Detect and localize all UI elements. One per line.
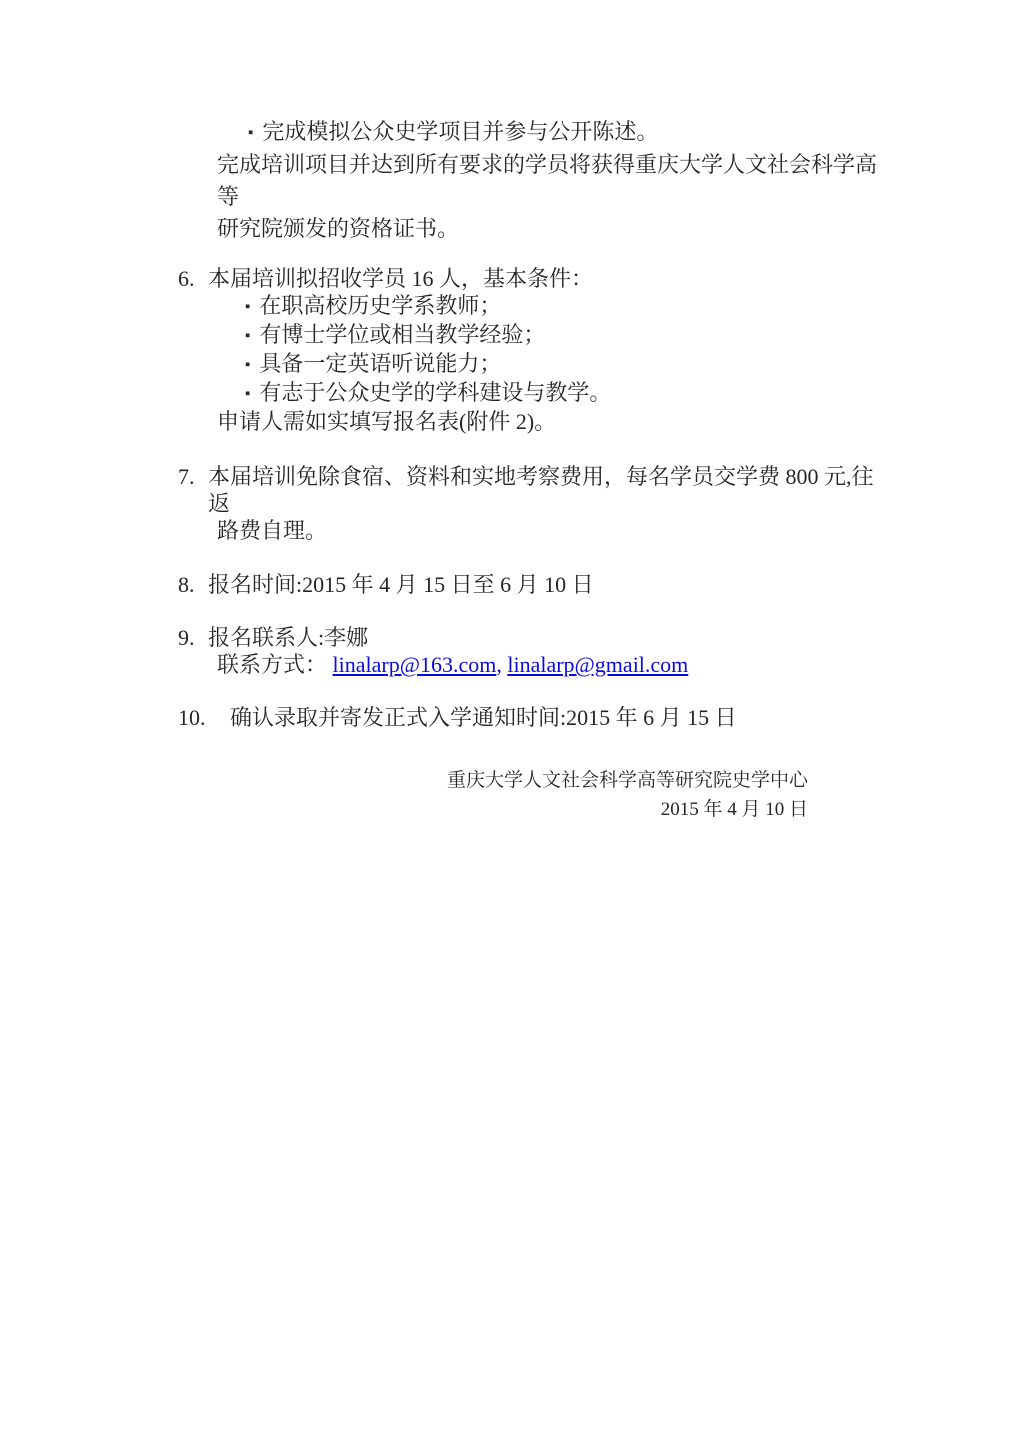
signature-date: 2015 年 4 月 10 日	[447, 795, 808, 824]
item-9-text: 报名联系人:李娜	[208, 624, 878, 651]
email-link-gmail[interactable]: linalarp@gmail.com	[507, 652, 688, 677]
item-7-body: 本届培训免除食宿、资料和实地考察费用，每名学员交学费 800 元,往返 路费自理…	[208, 463, 878, 544]
square-bullet-icon: ▪	[245, 381, 250, 408]
document-body: ▪完成模拟公众史学项目并参与公开陈述。 完成培训项目并达到所有要求的学员将获得重…	[178, 116, 878, 731]
list-item-7: 7. 本届培训免除食宿、资料和实地考察费用，每名学员交学费 800 元,往返 路…	[178, 463, 878, 544]
certificate-line-1: 完成培训项目并达到所有要求的学员将获得重庆大学人文社会科学高等	[178, 149, 878, 213]
item-8-number: 8.	[178, 571, 208, 598]
list-item-6: 6. 本届培训拟招收学员 16 人，基本条件： ▪在职高校历史学系教师； ▪有博…	[178, 265, 878, 435]
square-bullet-icon: ▪	[245, 352, 250, 379]
item-6-bullet-1: ▪在职高校历史学系教师；	[208, 292, 878, 321]
certificate-paragraph: ▪完成模拟公众史学项目并参与公开陈述。 完成培训项目并达到所有要求的学员将获得重…	[178, 116, 878, 245]
item-6-bullet-2: ▪有博士学位或相当教学经验；	[208, 321, 878, 350]
document-page: ▪完成模拟公众史学项目并参与公开陈述。 完成培训项目并达到所有要求的学员将获得重…	[0, 0, 1024, 1448]
item-6-body: 本届培训拟招收学员 16 人，基本条件： ▪在职高校历史学系教师； ▪有博士学位…	[208, 265, 878, 435]
signature-organization: 重庆大学人文社会科学高等研究院史学中心	[447, 766, 808, 795]
item-7-line-2: 路费自理。	[208, 517, 878, 544]
item-7-number: 7.	[178, 463, 208, 544]
item-6-bullet-4-text: 有志于公众史学的学科建设与教学。	[259, 380, 611, 405]
item-10-number: 10.	[178, 704, 230, 731]
email-separator: ,	[496, 652, 507, 677]
list-item-9: 9. 报名联系人:李娜 联系方式： linalarp@163.com, lina…	[178, 624, 878, 678]
item-6-number: 6.	[178, 265, 208, 435]
item-6-bullet-3: ▪具备一定英语听说能力；	[208, 350, 878, 379]
item-9-body: 报名联系人:李娜 联系方式： linalarp@163.com, linalar…	[208, 624, 878, 678]
item-6-note: 申请人需如实填写报名表(附件 2)。	[208, 408, 878, 435]
square-bullet-icon: ▪	[248, 117, 253, 149]
contact-label: 联系方式：	[217, 652, 327, 677]
item-6-bullet-4: ▪有志于公众史学的学科建设与教学。	[208, 379, 878, 408]
certificate-line-2: 研究院颁发的资格证书。	[178, 213, 878, 245]
intro-bullet-line: ▪完成模拟公众史学项目并参与公开陈述。	[178, 116, 878, 149]
item-9-number: 9.	[178, 624, 208, 678]
square-bullet-icon: ▪	[245, 294, 250, 321]
square-bullet-icon: ▪	[245, 323, 250, 350]
signature-block: 重庆大学人文社会科学高等研究院史学中心 2015 年 4 月 10 日	[447, 766, 808, 824]
item-8-text: 报名时间:2015 年 4 月 15 日至 6 月 10 日	[208, 571, 878, 598]
list-item-8: 8. 报名时间:2015 年 4 月 15 日至 6 月 10 日	[178, 571, 878, 598]
item-10-text: 确认录取并寄发正式入学通知时间:2015 年 6 月 15 日	[230, 704, 878, 731]
item-6-bullet-2-text: 有博士学位或相当教学经验；	[259, 322, 545, 347]
item-9-contact-line: 联系方式： linalarp@163.com, linalarp@gmail.c…	[208, 651, 878, 678]
list-item-10: 10. 确认录取并寄发正式入学通知时间:2015 年 6 月 15 日	[178, 704, 878, 731]
email-link-163[interactable]: linalarp@163.com	[333, 652, 497, 677]
item-6-bullet-3-text: 具备一定英语听说能力；	[259, 351, 501, 376]
item-7-line-1: 本届培训免除食宿、资料和实地考察费用，每名学员交学费 800 元,往返	[208, 463, 878, 517]
intro-bullet-text: 完成模拟公众史学项目并参与公开陈述。	[262, 119, 658, 144]
item-6-bullet-1-text: 在职高校历史学系教师；	[259, 293, 501, 318]
item-6-text: 本届培训拟招收学员 16 人，基本条件：	[208, 265, 878, 292]
